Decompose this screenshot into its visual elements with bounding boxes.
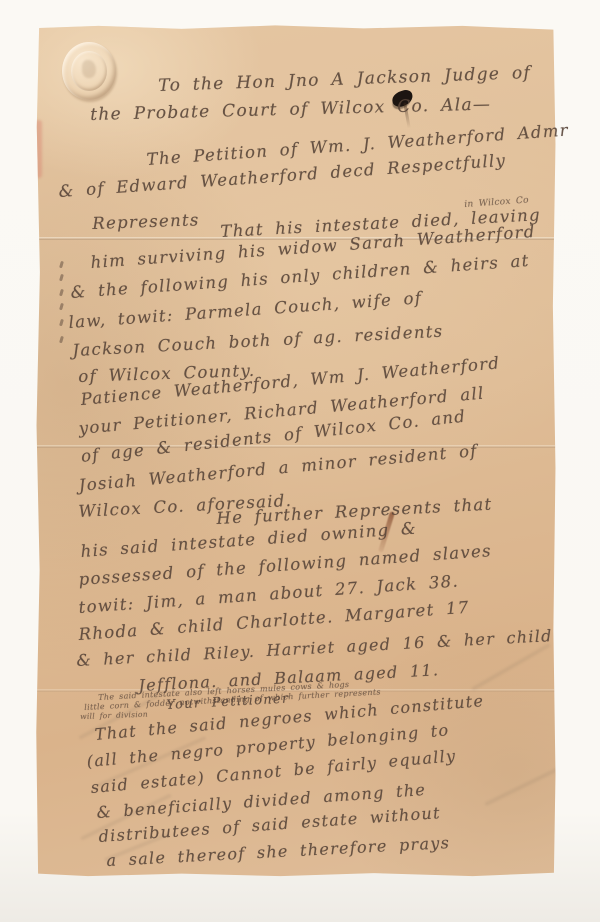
ink-blot	[390, 88, 415, 109]
verso-show-through	[471, 643, 551, 691]
document-scan: To the Hon Jno A Jackson Judge ofthe Pro…	[0, 0, 600, 922]
fold-crease	[36, 237, 556, 240]
verso-show-through	[484, 768, 558, 807]
fold-crease	[36, 445, 556, 448]
verso-show-through	[78, 694, 159, 740]
margin-tick-mark	[59, 319, 63, 326]
margin-tick-mark	[59, 303, 63, 310]
verso-show-through	[80, 793, 172, 840]
verso-show-through	[104, 832, 170, 862]
rust-stain	[378, 511, 395, 553]
margin-tick-mark	[59, 336, 63, 343]
embossed-seal-icon	[62, 42, 116, 100]
fold-crease	[36, 689, 556, 692]
torn-edge-tint	[35, 120, 42, 178]
verso-show-through	[95, 736, 206, 788]
manuscript-paper	[36, 25, 556, 877]
margin-tick-mark	[59, 289, 63, 296]
margin-tick-mark	[59, 274, 63, 281]
margin-tick-mark	[59, 261, 63, 268]
